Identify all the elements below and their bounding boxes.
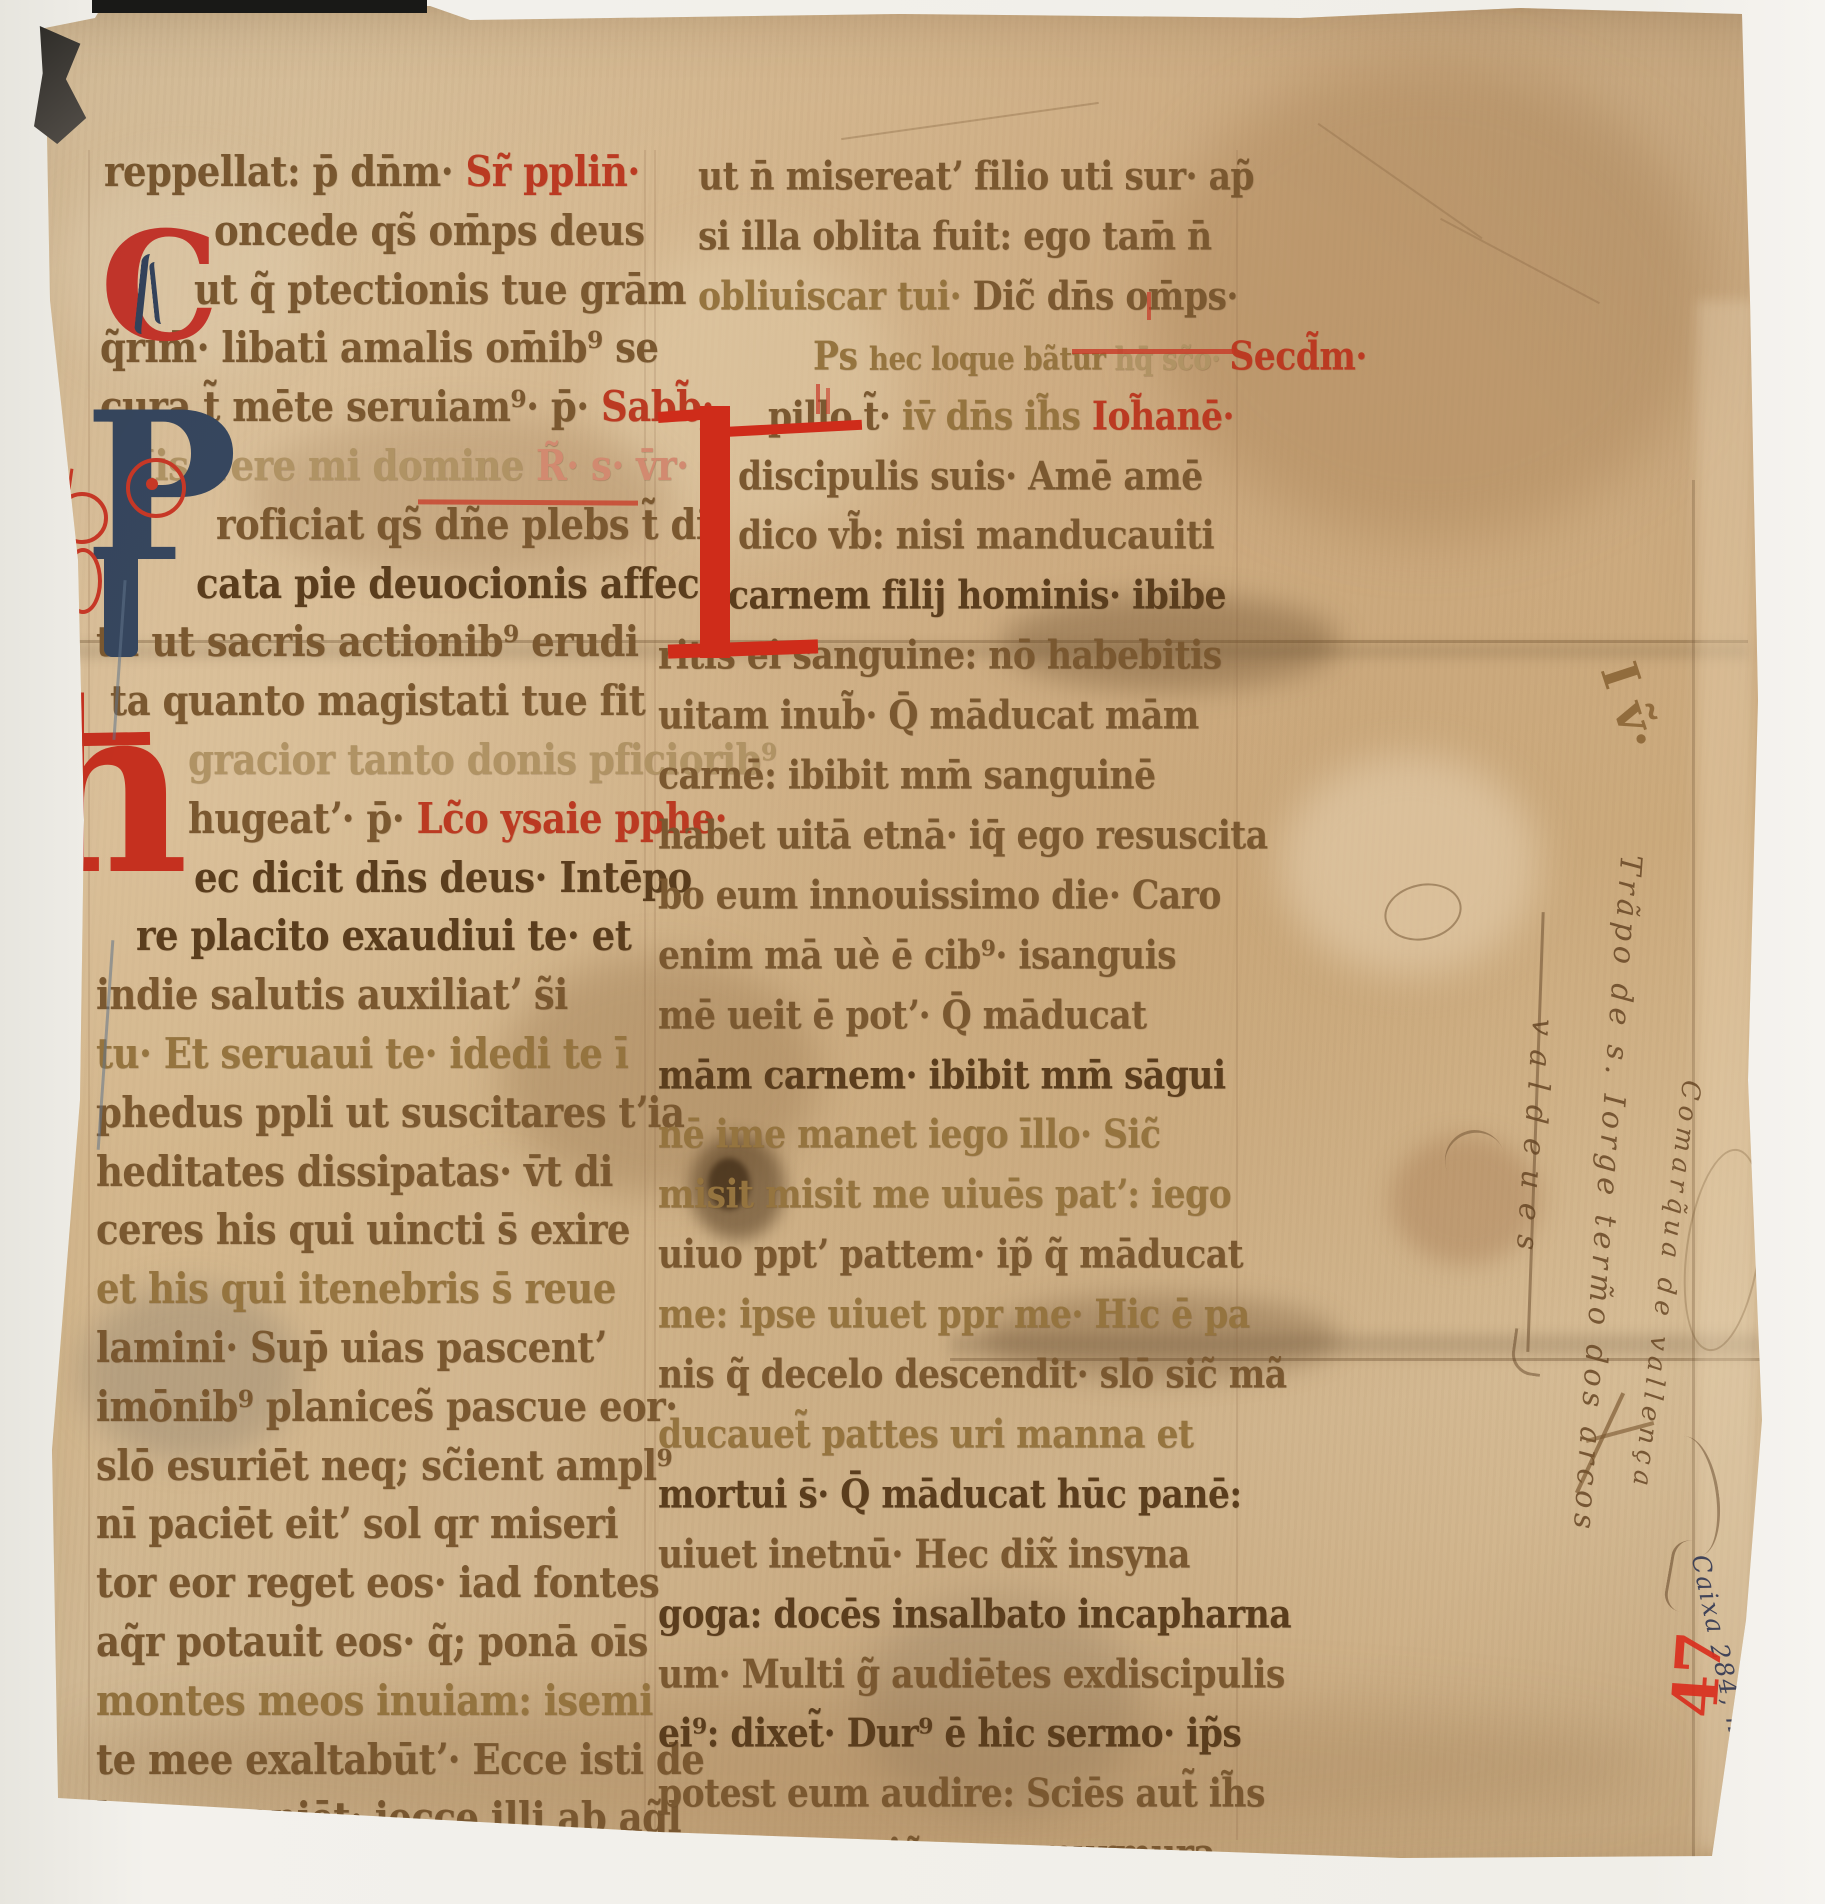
text-run: lamini· Sup̄ uias pascentʼ (96, 1322, 606, 1372)
text-line: ut q̃ ptectionis tue grām (194, 264, 686, 314)
text-line: heditates dissipatas· v̄t di (96, 1146, 613, 1196)
text-run: ceres his qui uincti s̄ exire (96, 1204, 630, 1254)
text-line: lamini· Sup̄ uias pascentʼ (96, 1322, 606, 1372)
text-line: mām carnem· ibibit mm̄ sāgui (658, 1053, 1226, 1099)
text-line: ta quanto magistati tue fit (110, 675, 645, 725)
text-run: Secd̃m· (1229, 334, 1367, 380)
initial-P-red-hairline (50, 469, 74, 618)
text-line: apud semet ip̃m: qr murmura (658, 1831, 1215, 1877)
text-run: reppellat: p̄ dn̄m· (104, 146, 465, 196)
text-run: tu ut sacris actionib⁹ erudi (96, 616, 638, 666)
text-line: reppellat: p̄ dn̄m· Sr̃ pplin̄· (104, 146, 640, 196)
text-run: nis q̃ decelo descendit· slō sic̃ mã (658, 1352, 1287, 1398)
red-underline (1072, 349, 1234, 354)
flourish-hook (1509, 1328, 1546, 1377)
text-line: nē ime manet iego īllo· Sic̃ (658, 1112, 1161, 1158)
text-run: obliuiscar tui· (698, 274, 973, 320)
text-line: pillo t̃· iv̄ dn̄s ih̃s Ioh̃anē· (768, 394, 1234, 440)
rubric-red-dash (1147, 292, 1151, 320)
text-run: ut n̄ misereatʼ filio uti sur· ap̃ (698, 154, 1254, 200)
text-line: ec dicit dn̄s deus· Intēpo (194, 852, 692, 902)
margin-mark: I ṽ· (1589, 655, 1672, 756)
text-run: ta quanto magistati tue fit (110, 675, 645, 725)
text-line: mē ueit ē potʼ· Q̄ māducat (658, 993, 1147, 1039)
text-line: slō esuriēt neq; sc̃ient ampl⁹ (96, 1440, 672, 1490)
text-run: dico vb̃: nisi manducauiti (738, 513, 1214, 559)
wrinkle (1440, 218, 1600, 304)
text-run: slō esuriēt neq; sc̃ient ampl⁹ (96, 1440, 672, 1490)
text-run: mām carnem· ibibit mm̄ sāgui (658, 1053, 1226, 1099)
text-run: um· Multi g̃ audiētes exdiscipulis (658, 1652, 1285, 1698)
text-run: aq̃r potauit eos· q̃; ponā oīs (96, 1616, 648, 1666)
initial-H-top-bar (26, 732, 150, 747)
text-run: phedus ppli ut suscitares tʼia (96, 1087, 684, 1137)
paragraph-mark-red-dash (816, 384, 820, 414)
text-run: Sr̃ pplin̄· (465, 146, 639, 196)
text-line: phedus ppli ut suscitares tʼia (96, 1087, 684, 1137)
initial-I-stem (700, 406, 730, 658)
text-line: obliuiscar tui· Dic̃ dn̄s om̄ps· (698, 274, 1238, 320)
text-run: ei⁹: dixet̃· Dur⁹ ē hic sermo· ip̃s (658, 1711, 1241, 1757)
text-line: te mee exaltabūtʼ· Ecce isti de (96, 1734, 704, 1784)
text-line: goga: docēs insalbato incapharna (658, 1592, 1291, 1638)
text-run: mortui s̄· Q̄ māducat hūc panē: (658, 1472, 1242, 1518)
text-run: Ioh̃anē· (1092, 394, 1234, 440)
text-run: te mee exaltabūtʼ· Ecce isti de (96, 1734, 704, 1784)
paragraph-mark-red-dash (826, 388, 830, 414)
text-run: roficiat qs̃ dñe plebs t̃ di (216, 499, 709, 549)
text-run: montes meos inuiam: isemi (96, 1675, 653, 1725)
initial-H-penwork (16, 758, 47, 1157)
text-run: tu· Et seruaui te· idedi te ī (96, 1028, 628, 1078)
text-run: oncede qs̃ om̄ps deus (214, 205, 645, 255)
text-run: cura t̃ mēte seruiam⁹· p̄· (100, 381, 601, 431)
text-line: carnē: ibibit mm̄ sanguinē (658, 753, 1156, 799)
text-line: um· Multi g̃ audiētes exdiscipulis (658, 1652, 1285, 1698)
text-line: uiuo pptʼ pattem· ip̃ q̃ māducat (658, 1232, 1243, 1278)
text-run: et his qui itenebris s̄ reue (96, 1263, 616, 1313)
text-run: Dic̃ dn̄s om̄ps· (973, 274, 1238, 320)
manuscript-scan: reppellat: p̄ dn̄m· Sr̃ pplin̄·oncede qs… (0, 0, 1825, 1904)
right-text-column: ut n̄ misereatʼ filio uti sur· ap̃si ill… (658, 154, 1243, 1894)
text-line: montes meos inuiam: isemi (96, 1675, 653, 1725)
text-line: dico vb̃: nisi manducauiti (738, 513, 1214, 559)
text-line: aq̃r potauit eos· q̃; ponā oīs (96, 1616, 648, 1666)
text-line: discipulis suis· Amē amē (738, 454, 1203, 500)
text-line: tu· Et seruaui te· idedi te ī (96, 1028, 628, 1078)
text-run: carnem filij hominis· ibibe (728, 573, 1226, 619)
text-line: cura t̃ mēte seruiam⁹· p̄· Sabb̃· (100, 381, 714, 431)
text-line: ceres his qui uincti s̄ exire (96, 1204, 630, 1254)
text-line: oncede qs̃ om̄ps deus (214, 205, 645, 255)
initial-H-descender (36, 855, 62, 963)
initial-H-penwork (0, 640, 28, 1059)
text-run: apud semet ip̃m: qr murmura (658, 1831, 1215, 1877)
text-line: ei⁹: dixet̃· Dur⁹ ē hic sermo· ip̃s (658, 1711, 1241, 1757)
text-run: uiuet inetnū· Hec dix̃ insyna (658, 1532, 1190, 1578)
text-line: longe ueniēt· iecce illi ab aq̃l (96, 1792, 681, 1842)
text-line: Ps hec loque bãtur hq̄ sc̃o· Secd̃m· (813, 334, 1367, 380)
text-run: hq̄ sc̃o· (1114, 339, 1229, 377)
text-run: longe ueniēt· iecce illi ab aq̃l (96, 1792, 681, 1842)
text-run: heditates dissipatas· v̄t di (96, 1146, 613, 1196)
stain (1280, 755, 1540, 975)
flourish-curve (1436, 1122, 1513, 1200)
initial-H-penwork (54, 780, 81, 1119)
text-run: discipulis suis· Amē amē (738, 454, 1203, 500)
text-line: q̃rim̄· libati amalis om̄ib⁹ se (100, 322, 658, 372)
text-line: cata pie deuocionis affec (196, 558, 699, 608)
wrinkle (1318, 123, 1483, 239)
wrinkle (841, 102, 1099, 140)
text-line: misit misit me uiuēs patʼ: iego (658, 1172, 1231, 1218)
text-run: me: ipse uiuet ppr me· Hic ē pa (658, 1292, 1250, 1338)
oval-doodle (1379, 877, 1467, 948)
text-line: habet uitā etnā· iq̄ ego resuscita (658, 813, 1268, 859)
text-run: uitam inub̃· Q̄ māducat mām (658, 693, 1199, 739)
text-line: enim mā uè ē cib⁹· isanguis (658, 933, 1176, 979)
ruling-line (88, 150, 90, 1800)
text-line: mortui s̄· Q̄ māducat hūc panē: (658, 1472, 1242, 1518)
text-line: tu ut sacris actionib⁹ erudi (96, 616, 638, 666)
initial-P-red-filigree (56, 492, 108, 544)
text-run: enim mā uè ē cib⁹· isanguis (658, 933, 1176, 979)
text-run: hugeatʼ· p̄· (188, 793, 417, 843)
text-run: potest eum audire: Sciēs aut̃ ih̃s (658, 1771, 1265, 1817)
text-run: goga: docēs insalbato incapharna (658, 1592, 1291, 1638)
text-line: uiuet inetnū· Hec dix̃ insyna (658, 1532, 1190, 1578)
text-line: tor eor reget eos· iad fontes (96, 1557, 659, 1607)
text-run: mē ueit ē potʼ· Q̄ māducat (658, 993, 1147, 1039)
text-run: ut q̃ ptectionis tue grām (194, 264, 686, 314)
text-line: si illa oblita fuit: ego tam̄ n̄ (698, 214, 1212, 260)
text-run: q̃rim̄· libati amalis om̄ib⁹ se (100, 322, 658, 372)
text-run: imōnib⁹ planices̃ pascue eor· (96, 1381, 678, 1431)
text-run: tor eor reget eos· iad fontes (96, 1557, 659, 1607)
text-line: bo eum innouissimo die· Caro (658, 873, 1221, 919)
text-line: Miserere mi domine R̃· s· v̄r· (114, 440, 688, 490)
text-line: ut n̄ misereatʼ filio uti sur· ap̃ (698, 154, 1254, 200)
parchment-sheet: reppellat: p̄ dn̄m· Sr̃ pplin̄·oncede qs… (0, 0, 1825, 1904)
text-line: uitam inub̃· Q̄ māducat mām (658, 693, 1199, 739)
text-run: uiuo pptʼ pattem· ip̃ q̃ māducat (658, 1232, 1243, 1278)
catalogue-number: 47 (1658, 1629, 1737, 1720)
text-run: nē ime manet iego īllo· Sic̃ (658, 1112, 1161, 1158)
text-line: nis q̃ decelo descendit· slō sic̃ mã (658, 1352, 1287, 1398)
text-line: imōnib⁹ planices̃ pascue eor· (96, 1381, 678, 1431)
text-run: re placito exaudiui te· et (136, 910, 631, 960)
text-line: hugeatʼ· p̄· Lc̃o ysaie pphe· (188, 793, 727, 843)
text-run: nī paciēt eitʼ sol qr miseri (96, 1498, 618, 1548)
text-line: indie salutis auxiliatʼ s̃i (96, 969, 568, 1019)
text-line: potest eum audire: Sciēs aut̃ ih̃s (658, 1771, 1265, 1817)
initial-P-red-filigree (64, 548, 102, 614)
text-run: ducauet̃ pattes uri manna et (658, 1412, 1193, 1458)
text-run: cata pie deuocionis affec (196, 558, 699, 608)
initial-P-red-dot (146, 478, 158, 490)
text-run: misit misit me uiuēs patʼ: iego (658, 1172, 1231, 1218)
text-line: re placito exaudiui te· et (136, 910, 631, 960)
text-line: nī paciēt eitʼ sol qr miseri (96, 1498, 618, 1548)
text-line: roficiat qs̃ dñe plebs t̃ di (216, 499, 709, 549)
initial-H-penwork (35, 770, 64, 1139)
text-run: ec dicit dn̄s deus· Intēpo (194, 852, 692, 902)
text-run: habet uitā etnā· iq̄ ego resuscita (658, 813, 1268, 859)
text-line: et his qui itenebris s̄ reue (96, 1263, 616, 1313)
text-run: bo eum innouissimo die· Caro (658, 873, 1221, 919)
text-line: me: ipse uiuet ppr me· Hic ē pa (658, 1292, 1250, 1338)
left-text-column: reppellat: p̄ dn̄m· Sr̃ pplin̄·oncede qs… (96, 146, 656, 1846)
text-line: carnem filij hominis· ibibe (728, 573, 1226, 619)
scan-edge-black-strip (92, 0, 427, 13)
text-run: carnē: ibibit mm̄ sanguinē (658, 753, 1156, 799)
text-run: indie salutis auxiliatʼ s̃i (96, 969, 568, 1019)
text-line: ducauet̃ pattes uri manna et (658, 1412, 1193, 1458)
text-run: si illa oblita fuit: ego tam̄ n̄ (698, 214, 1212, 260)
text-run: iv̄ dn̄s ih̃s (890, 394, 1091, 440)
text-run: hec loque bãtur (869, 339, 1115, 377)
text-run: Ps (813, 334, 869, 380)
